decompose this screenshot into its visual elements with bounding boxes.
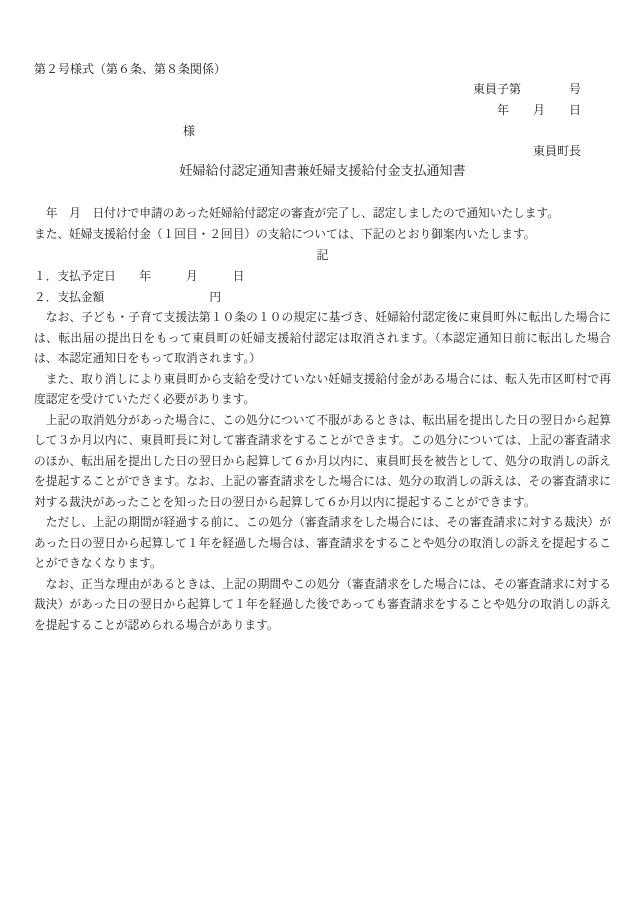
record-heading: 記 <box>34 245 611 265</box>
intro-line-payment-guide: また、妊婦支援給付金（１回目・２回目）の支給については、下記のとおり御案内いたし… <box>34 225 611 246</box>
item-payment-date: １．支払予定日 年 月 日 <box>34 267 611 288</box>
note-transfer-cancellation: なお、子ども・子育て支援法第１０条の１０の規定に基づき、妊婦給付認定後に東員町外… <box>34 308 611 370</box>
note-appeal-rights: 上記の取消処分があった場合に、この処分について不服があるときは、転出届を提出した… <box>34 411 611 514</box>
issue-date-line: 年 月 日 <box>34 100 611 121</box>
item-payment-amount: ２．支払金額 円 <box>34 288 611 309</box>
form-number: 第２号様式（第６条、第８条関係） <box>34 59 611 79</box>
note-justified-reason: なお、正当な理由があるときは、上記の期間やこの処分（審査請求をした場合には、その… <box>34 575 611 637</box>
document-title: 妊婦給付認定通知書兼妊婦支援給付金支払通知書 <box>34 161 611 181</box>
sender-mayor: 東員町長 <box>34 141 611 161</box>
document-page: 第２号様式（第６条、第８条関係） 東員子第 号 年 月 日 様 東員町長 妊婦給… <box>0 0 630 903</box>
note-appeal-deadline: ただし、上記の期間が経過する前に、この処分（審査請求をした場合には、その審査請求… <box>34 513 611 575</box>
intro-line-certification: 年 月 日付けで申請のあった妊婦給付認定の審査が完了し、認定しましたので通知いた… <box>34 204 611 225</box>
note-recertification: また、取り消しにより東員町から支給を受けていない妊婦支援給付金がある場合には、転… <box>34 370 611 411</box>
notes-section: なお、子ども・子育て支援法第１０条の１０の規定に基づき、妊婦給付認定後に東員町外… <box>34 308 611 636</box>
document-number-line: 東員子第 号 <box>34 79 611 100</box>
addressee-honorific: 様 <box>34 121 611 141</box>
record-items: １．支払予定日 年 月 日 ２．支払金額 円 <box>34 267 611 308</box>
intro-section: 年 月 日付けで申請のあった妊婦給付認定の審査が完了し、認定しましたので通知いた… <box>34 204 611 245</box>
